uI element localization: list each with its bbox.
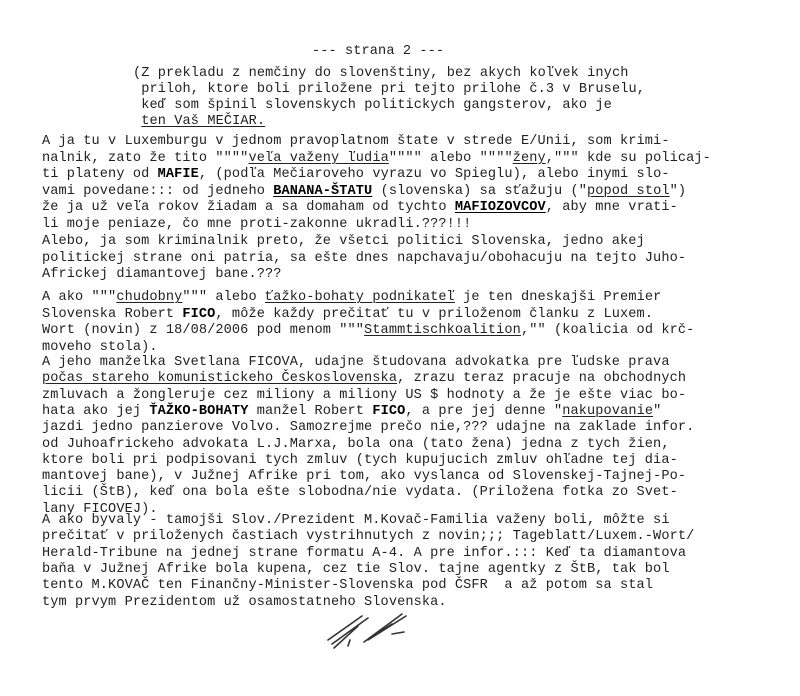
text-run: (slovenska) sa sťažuju (" — [372, 184, 587, 199]
text-line: (Z prekladu z nemčiny do slovenštiny, be… — [133, 66, 628, 82]
text-run: , zrazu teraz pracuje na obchodnych — [397, 371, 686, 386]
signature-icon — [320, 612, 440, 662]
text-line: mantovej bane), v Južnej Afrike pri tom,… — [42, 469, 686, 485]
text-run: Wort (novin) z 18/08/2006 pod menom """ — [42, 323, 364, 338]
text-run: ktore boli pri podpisovani tych zmluv (t… — [42, 453, 678, 468]
text-run: od Juhoafrickeho advokata L.J.Marxa, bol… — [42, 437, 670, 452]
text-line: ktore boli pri podpisovani tych zmluv (t… — [42, 453, 678, 469]
emphasized-text: chudobny — [116, 290, 182, 305]
emphasized-text: nakupovanie — [562, 404, 653, 419]
text-line: prečitať v priloženych častiach vystrihn… — [42, 529, 694, 545]
text-run: prečitať v priloženych častiach vystrihn… — [42, 529, 694, 544]
text-run: , (podľa Mečiaroveho vyrazu vo Spieglu),… — [199, 167, 670, 182]
text-run: A ja tu v Luxemburgu v jednom pravoplatn… — [42, 134, 670, 149]
text-run: , a pre jej denne " — [405, 404, 562, 419]
text-run: vami povedane::: od jedneho — [42, 184, 273, 199]
text-run: nalnik, zato že tito """" — [42, 151, 248, 166]
text-line: Slovenska Robert FICO, môže každy prečit… — [42, 307, 653, 323]
text-run: ") — [670, 184, 687, 199]
text-run: licii (ŠtB), keď ona bola ešte slobodna/… — [42, 485, 678, 500]
text-line: ten Vaš MEČIAR. — [133, 114, 265, 130]
text-line: zmluvach a žongleruje cez miliony a mili… — [42, 388, 686, 404]
text-run: Africkej diamantovej bane.??? — [42, 267, 281, 282]
text-run: tento M.KOVAČ ten Finančny-Minister-Slov… — [42, 578, 653, 593]
emphasized-text: BANANA-ŠTATU — [273, 184, 372, 199]
text-run: A ako """ — [42, 290, 116, 305]
text-line: jazdi jedno panzierove Volvo. Samozrejme… — [42, 420, 694, 436]
text-line: počas stareho komunistickeho Českosloven… — [42, 371, 686, 387]
text-line: vami povedane::: od jedneho BANANA-ŠTATU… — [42, 184, 686, 200]
text-run: jazdi jedno panzierove Volvo. Samozrejme… — [42, 420, 694, 435]
text-run: """ alebo — [182, 290, 265, 305]
emphasized-text: MAFIOZOVCOV — [455, 200, 546, 215]
page-header: --- strana 2 --- — [312, 44, 444, 60]
text-run: moveho stola). — [42, 340, 158, 355]
text-line: A ja tu v Luxemburgu v jednom pravoplatn… — [42, 134, 670, 150]
text-line: A ako byvaly - tamojši Slov./Prezident M… — [42, 513, 670, 529]
text-run: keď som špinil slovenskych politickych g… — [133, 98, 612, 113]
text-line: ti plateny od MAFIE, (podľa Mečiaroveho … — [42, 167, 670, 183]
text-run: baňa v Južnej Afrike bola kupena, cez ti… — [42, 562, 670, 577]
text-line: keď som špinil slovenskych politickych g… — [133, 98, 612, 114]
text-line: Alebo, ja som kriminalnik preto, že všet… — [42, 234, 645, 250]
text-run: tym prvym Prezidentom už osamostatneho S… — [42, 595, 447, 610]
text-run: je ten dneskajši Premier — [455, 290, 661, 305]
text-line: licii (ŠtB), keď ona bola ešte slobodna/… — [42, 485, 678, 501]
emphasized-text: ten Vaš MEČIAR. — [141, 114, 265, 129]
emphasized-text: Stammtischkoalition — [364, 323, 521, 338]
text-line: že ja už veľa rokov žiadam a sa domaham … — [42, 200, 678, 216]
emphasized-text: FICO — [182, 307, 215, 322]
emphasized-text: ťažko-bohaty podnikateľ — [265, 290, 455, 305]
text-line: priloh, ktore boli priložene pri tejto p… — [133, 82, 645, 98]
text-line: Herald-Tribune na jednej strane formatu … — [42, 546, 686, 562]
text-line: A ako """chudobny""" alebo ťažko-bohaty … — [42, 290, 661, 306]
emphasized-text: ŤAŽKO-BOHATY — [149, 404, 248, 419]
text-run: politickej strane oni patria, sa ešte dn… — [42, 251, 686, 266]
text-line: baňa v Južnej Afrike bola kupena, cez ti… — [42, 562, 670, 578]
text-run: , aby mne vrati- — [546, 200, 678, 215]
text-run: Herald-Tribune na jednej strane formatu … — [42, 546, 686, 561]
text-run: ,"" (koalicia od krč- — [521, 323, 694, 338]
text-line: nalnik, zato že tito """"veľa važeny ľud… — [42, 151, 711, 167]
text-run: Alebo, ja som kriminalnik preto, že všet… — [42, 234, 645, 249]
text-run: (Z prekladu z nemčiny do slovenštiny, be… — [133, 66, 628, 81]
text-line: Wort (novin) z 18/08/2006 pod menom """S… — [42, 323, 694, 339]
text-line: hata ako jej ŤAŽKO-BOHATY manžel Robert … — [42, 404, 661, 420]
text-run: A jeho manželka Svetlana FICOVA, udajne … — [42, 355, 670, 370]
text-run: manžel Robert — [248, 404, 372, 419]
text-run: zmluvach a žongleruje cez miliony a mili… — [42, 388, 686, 403]
text-run: hata ako jej — [42, 404, 149, 419]
text-run: že ja už veľa rokov žiadam a sa domaham … — [42, 200, 455, 215]
text-line: moveho stola). — [42, 340, 158, 356]
text-run: li moje peniaze, čo mne proti-zakonne uk… — [42, 217, 471, 232]
text-line: tento M.KOVAČ ten Finančny-Minister-Slov… — [42, 578, 653, 594]
text-line: li moje peniaze, čo mne proti-zakonne uk… — [42, 217, 471, 233]
document-page: --- strana 2 --- (Z prekladu z nemčiny d… — [0, 0, 800, 696]
text-run: ,""" kde su policaj- — [546, 151, 711, 166]
text-line: politickej strane oni patria, sa ešte dn… — [42, 251, 686, 267]
text-run: Slovenska Robert — [42, 307, 182, 322]
text-run: " — [653, 404, 661, 419]
text-run: , môže každy prečitať tu v priloženom čl… — [215, 307, 653, 322]
text-run: A ako byvaly - tamojši Slov./Prezident M… — [42, 513, 670, 528]
text-run: ti plateny od — [42, 167, 158, 182]
text-line: A jeho manželka Svetlana FICOVA, udajne … — [42, 355, 670, 371]
text-line: Africkej diamantovej bane.??? — [42, 267, 281, 283]
emphasized-text: počas stareho komunistickeho Českosloven… — [42, 371, 397, 386]
emphasized-text: veľa važeny ľudia — [248, 151, 388, 166]
emphasized-text: MAFIE — [158, 167, 199, 182]
text-run: priloh, ktore boli priložene pri tejto p… — [133, 82, 645, 97]
emphasized-text: ženy — [513, 151, 546, 166]
text-line: od Juhoafrickeho advokata L.J.Marxa, bol… — [42, 437, 670, 453]
text-run: mantovej bane), v Južnej Afrike pri tom,… — [42, 469, 686, 484]
emphasized-text: FICO — [372, 404, 405, 419]
text-line: tym prvym Prezidentom už osamostatneho S… — [42, 595, 447, 611]
emphasized-text: popod stol — [587, 184, 670, 199]
text-run: """" alebo """" — [389, 151, 513, 166]
